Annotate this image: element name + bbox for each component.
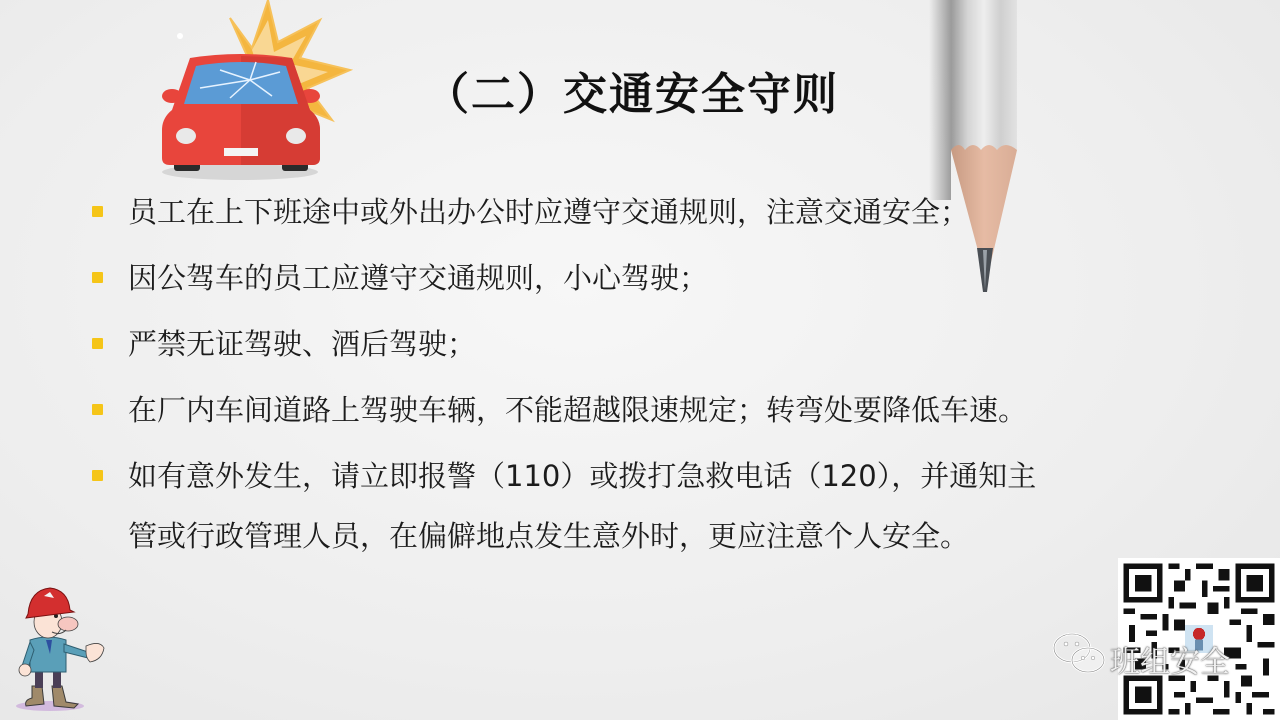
slide-title: （二）交通安全守则 [425, 58, 839, 122]
slide: （二）交通安全守则 [0, 0, 1280, 720]
bullet-text: 如有意外发生，请立即报警（110）或拨打急救电话（120），并通知主 [128, 459, 1036, 493]
bullet-item: 在厂内车间道路上驾驶车辆，不能超越限速规定；转弯处要降低车速。 [92, 390, 1172, 430]
bullet-text: 严禁无证驾驶、酒后驾驶； [128, 327, 476, 361]
car-crash-icon [160, 0, 360, 185]
bullet-text: 因公驾车的员工应遵守交通规则，小心驾驶； [128, 261, 708, 295]
bullet-item: 员工在上下班途中或外出办公时应遵守交通规则，注意交通安全； [92, 192, 1172, 232]
bullet-text-continuation: 管或行政管理人员，在偏僻地点发生意外时，更应注意个人安全。 [128, 516, 1172, 556]
bullet-text: 员工在上下班途中或外出办公时应遵守交通规则，注意交通安全； [128, 195, 969, 229]
bullet-item: 如有意外发生，请立即报警（110）或拨打急救电话（120），并通知主 管或行政管… [92, 456, 1172, 556]
safety-worker-icon [8, 578, 108, 713]
bullet-square-icon [92, 338, 103, 349]
watermark-text: 班组安全 [1110, 637, 1230, 681]
bullet-item: 严禁无证驾驶、酒后驾驶； [92, 324, 1172, 364]
wechat-watermark [1052, 632, 1108, 676]
bullet-item: 因公驾车的员工应遵守交通规则，小心驾驶； [92, 258, 1172, 298]
watermark-text-wrap: 班组安全 [1110, 637, 1230, 681]
bullet-square-icon [92, 272, 103, 283]
bullet-square-icon [92, 470, 103, 481]
bullet-square-icon [92, 206, 103, 217]
bullet-text: 在厂内车间道路上驾驶车辆，不能超越限速规定；转弯处要降低车速。 [128, 393, 1027, 427]
bullet-square-icon [92, 404, 103, 415]
bullet-list: 员工在上下班途中或外出办公时应遵守交通规则，注意交通安全； 因公驾车的员工应遵守… [92, 192, 1172, 582]
wechat-icon [1052, 632, 1108, 676]
